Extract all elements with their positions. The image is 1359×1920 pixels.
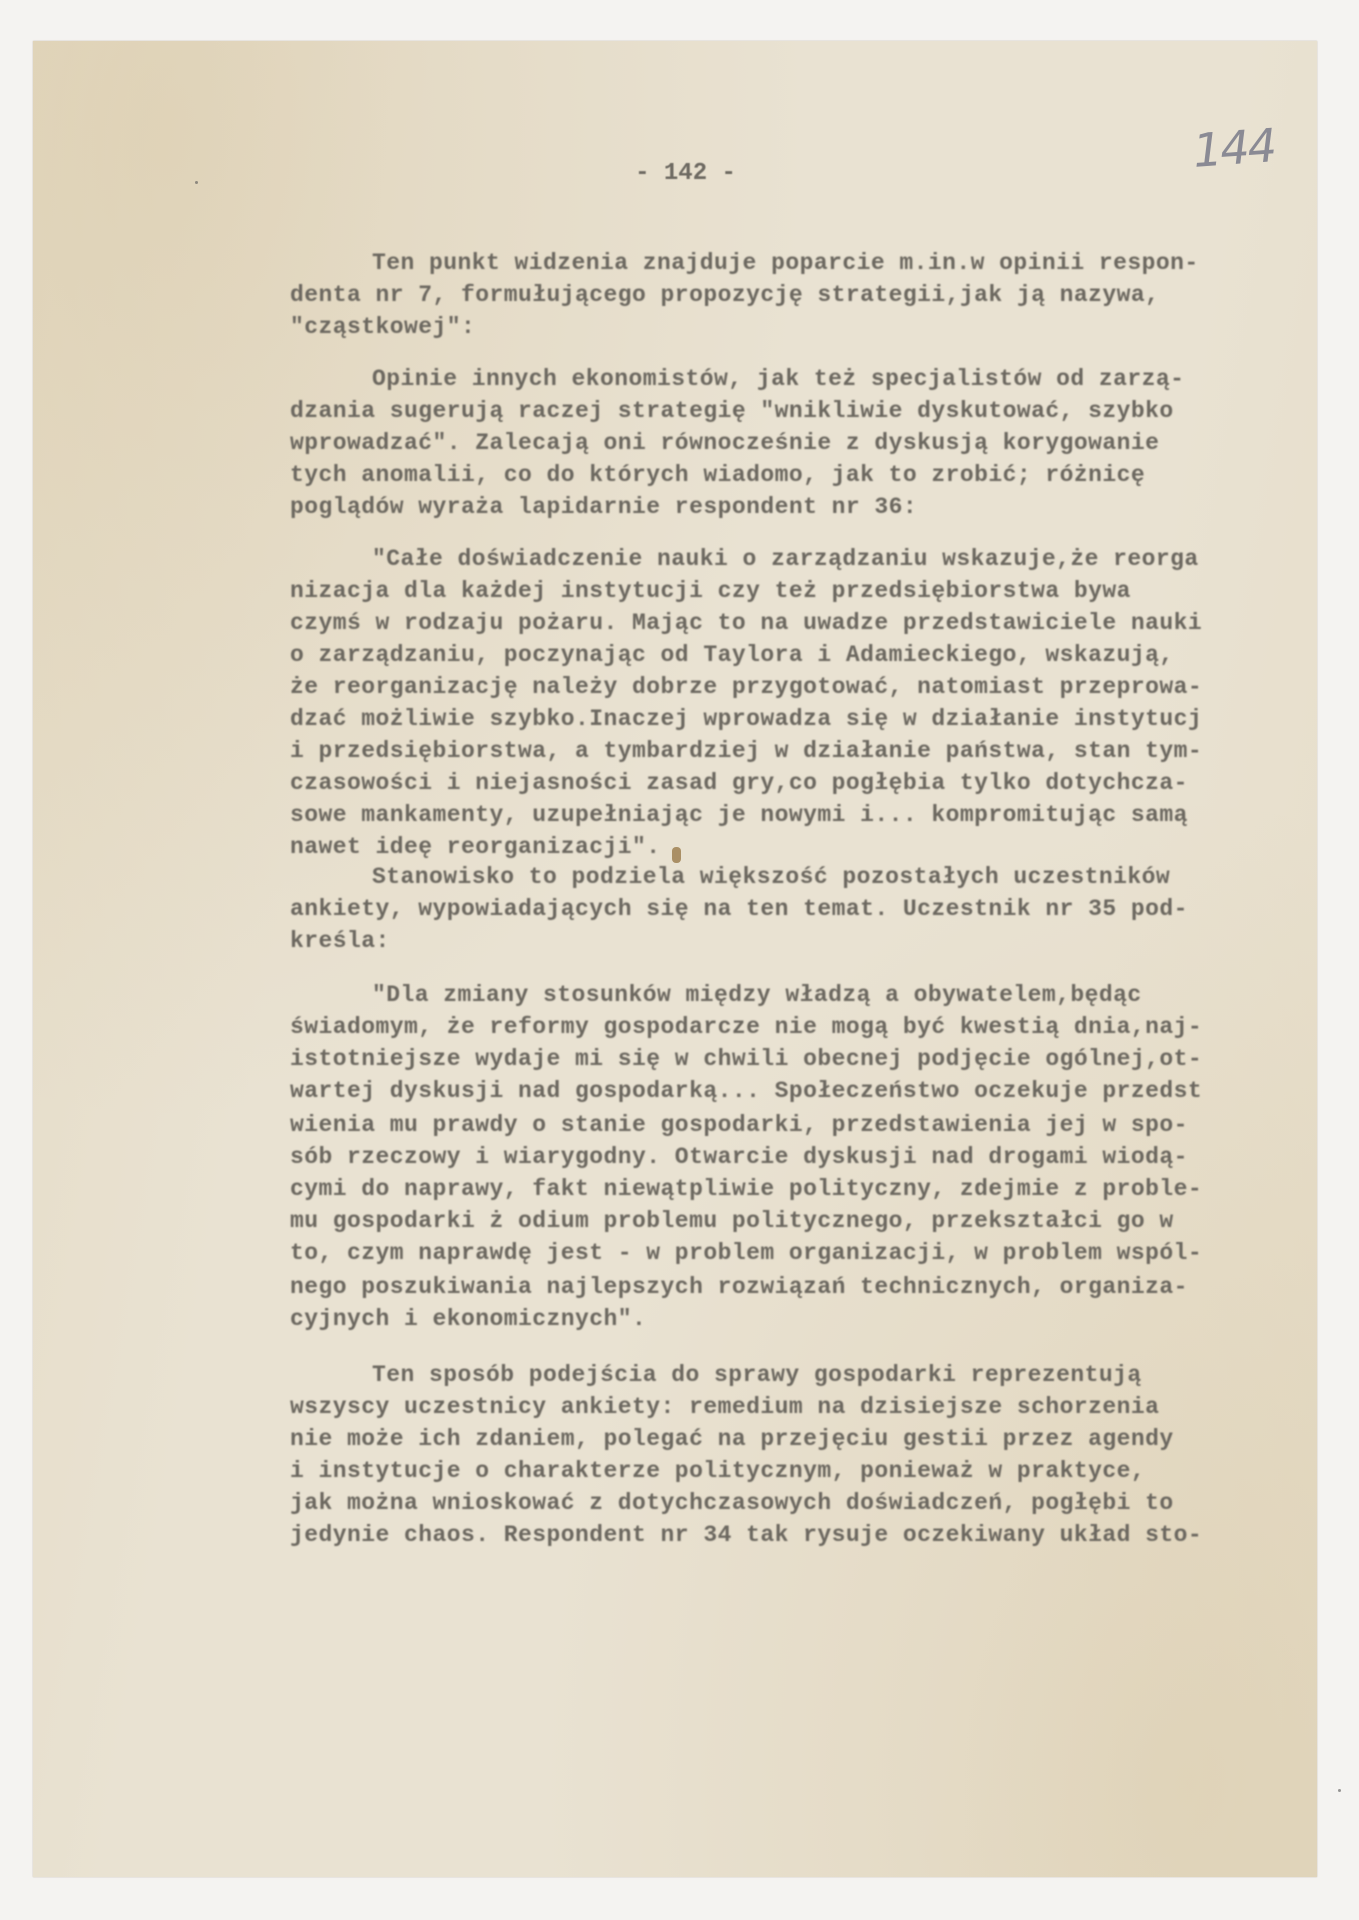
text-line: Ten sposób podejścia do sprawy gospodark… [372,1360,1142,1390]
text-line: cymi do naprawy, fakt niewątpliwie polit… [290,1174,1202,1204]
text-line: istotniejsze wydaje mi się w chwili obec… [290,1044,1202,1074]
text-line: jak można wnioskować z dotychczasowych d… [290,1488,1174,1518]
text-line: ankiety, wypowiadających się na ten tema… [290,894,1188,924]
text-line: sowe mankamenty, uzupełniając je nowymi … [290,800,1188,830]
text-line: nizacja dla każdej instytucji czy też pr… [290,576,1131,606]
text-line: "cząstkowej": [290,312,475,342]
text-line: dzać możliwie szybko.Inaczej wprowadza s… [290,704,1202,734]
text-line: że reorganizację należy dobrze przygotow… [290,672,1202,702]
text-line: i instytucje o charakterze politycznym, … [290,1456,1145,1486]
document-page: 144 [33,41,1317,1877]
paper-speck [1338,1789,1341,1792]
text-line: to, czym naprawdę jest - w problem organ… [290,1238,1202,1268]
text-line: nawet ideę reorganizacji". [290,832,661,862]
text-line: jedynie chaos. Respondent nr 34 tak rysu… [290,1520,1202,1550]
text-line: sób rzeczowy i wiarygodny. Otwarcie dysk… [290,1142,1188,1172]
text-line: wprowadzać". Zalecają oni równocześnie z… [290,428,1159,458]
text-line: czymś w rodzaju pożaru. Mając to na uwad… [290,608,1202,638]
text-line: poglądów wyraża lapidarnie respondent nr… [290,492,917,522]
text-line: dzania sugerują raczej strategię "wnikli… [290,396,1174,426]
text-line: wartej dyskusji nad gospodarką... Społec… [290,1076,1202,1106]
text-line: nego poszukiwania najlepszych rozwiązań … [290,1272,1188,1302]
text-line: "Dla zmiany stosunków między władzą a ob… [372,980,1142,1010]
text-line: kreśla: [290,926,390,956]
text-line: o zarządzaniu, poczynając od Taylora i A… [290,640,1174,670]
text-line: czasowości i niejasności zasad gry,co po… [290,768,1188,798]
text-line: tych anomalii, co do których wiadomo, ja… [290,460,1145,490]
text-line: Opinie innych ekonomistów, jak też specj… [372,364,1184,394]
text-line: Stanowisko to podziela większość pozosta… [372,862,1170,892]
text-line: wszyscy uczestnicy ankiety: remedium na … [290,1392,1159,1422]
paper-speck [195,181,198,184]
text-line: mu gospodarki ż odium problemu polityczn… [290,1206,1174,1236]
text-line: denta nr 7, formułującego propozycję str… [290,280,1159,310]
text-line: i przedsiębiorstwa, a tymbardziej w dzia… [290,736,1202,766]
text-line: Ten punkt widzenia znajduje poparcie m.i… [372,248,1199,278]
text-line: "Całe doświadczenie nauki o zarządzaniu … [372,544,1199,574]
paper-stain [672,847,681,863]
text-line: wienia mu prawdy o stanie gospodarki, pr… [290,1110,1188,1140]
text-line: nie może ich zdaniem, polegać na przejęc… [290,1424,1174,1454]
text-line: świadomym, że reformy gospodarcze nie mo… [290,1012,1202,1042]
page-number: - 142 - [0,160,1359,187]
text-line: cyjnych i ekonomicznych". [290,1304,646,1334]
